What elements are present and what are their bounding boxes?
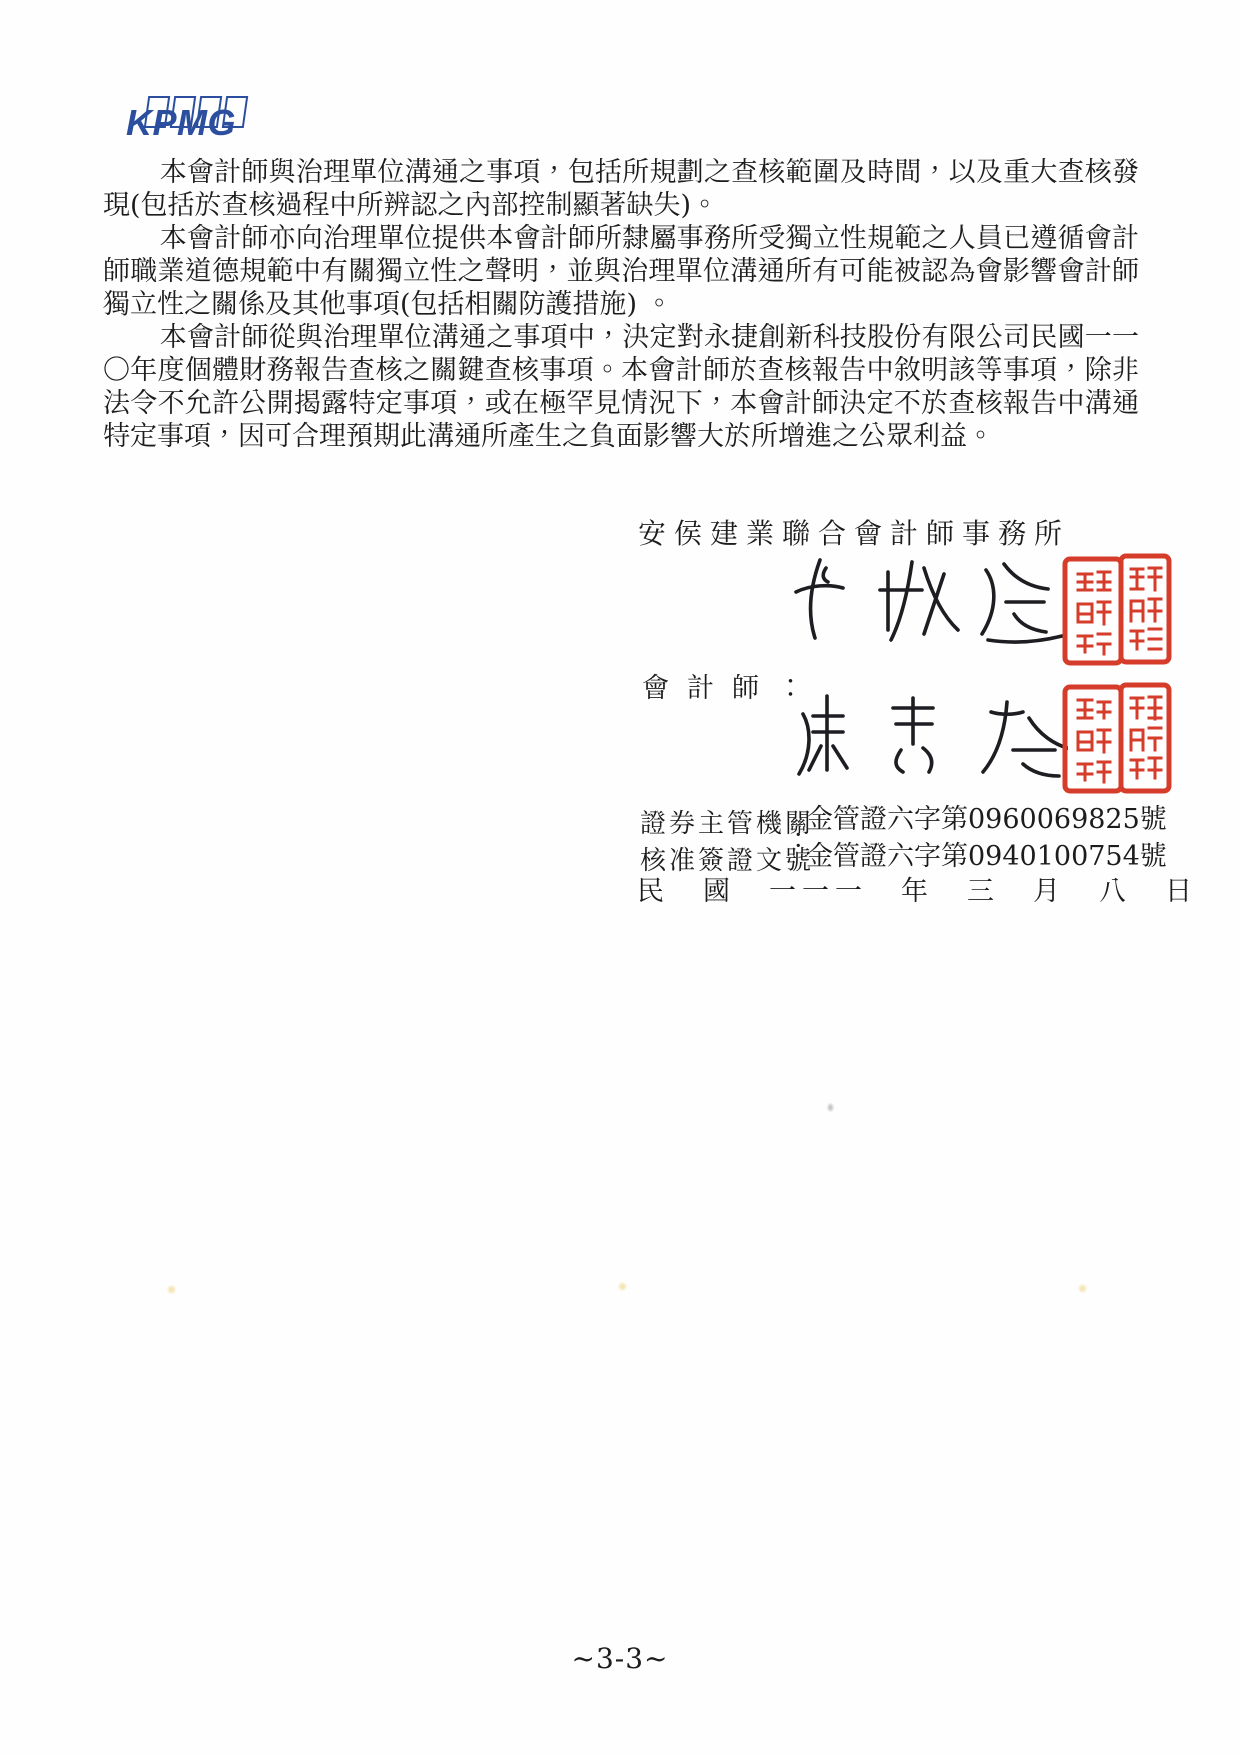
kpmg-logo-text: KPMG bbox=[126, 105, 236, 141]
scan-speck bbox=[1079, 1285, 1086, 1292]
paragraph-independence: 本會計師亦向治理單位提供本會計師所隸屬事務所受獨立性規範之人員已遵循會計師職業道… bbox=[103, 222, 1139, 321]
signature-hsu-chen-lung bbox=[788, 548, 1068, 663]
approval-label-line1: 證券主管機關 bbox=[640, 806, 814, 843]
scan-speck bbox=[619, 1283, 626, 1290]
seal-hsu-chen-lung-right bbox=[1118, 553, 1172, 665]
seal-chen-hui-yuan-right bbox=[1118, 682, 1172, 794]
scan-speck bbox=[828, 1104, 833, 1111]
kpmg-logo: KPMG bbox=[126, 96, 256, 146]
signature-chen-hui-yuan bbox=[793, 686, 1068, 801]
seal-hsu-chen-lung-left bbox=[1062, 556, 1124, 666]
page-number: ~3-3~ bbox=[0, 1642, 1240, 1675]
seal-chen-hui-yuan-left bbox=[1062, 684, 1124, 794]
report-date: 民 國 一一一 年 三 月 八 日 bbox=[637, 869, 1198, 908]
scan-speck bbox=[168, 1286, 175, 1293]
report-body: 本會計師與治理單位溝通之事項，包括所規劃之查核範圍及時間，以及重大查核發現(包括… bbox=[103, 156, 1139, 453]
approval-numbers: 金管證六字第0960069825號 金管證六字第0940100754號 bbox=[806, 801, 1167, 875]
firm-name: 安侯建業聯合會計師事務所 bbox=[638, 512, 1070, 552]
paragraph-communication: 本會計師與治理單位溝通之事項，包括所規劃之查核範圍及時間，以及重大查核發現(包括… bbox=[103, 156, 1139, 222]
document-page: KPMG 本會計師與治理單位溝通之事項，包括所規劃之查核範圍及時間，以及重大查核… bbox=[0, 0, 1240, 1754]
approval-number-1: 金管證六字第0960069825號 bbox=[806, 801, 1167, 838]
paragraph-key-audit-matters: 本會計師從與治理單位溝通之事項中，決定對永捷創新科技股份有限公司民國一一〇年度個… bbox=[103, 321, 1139, 453]
